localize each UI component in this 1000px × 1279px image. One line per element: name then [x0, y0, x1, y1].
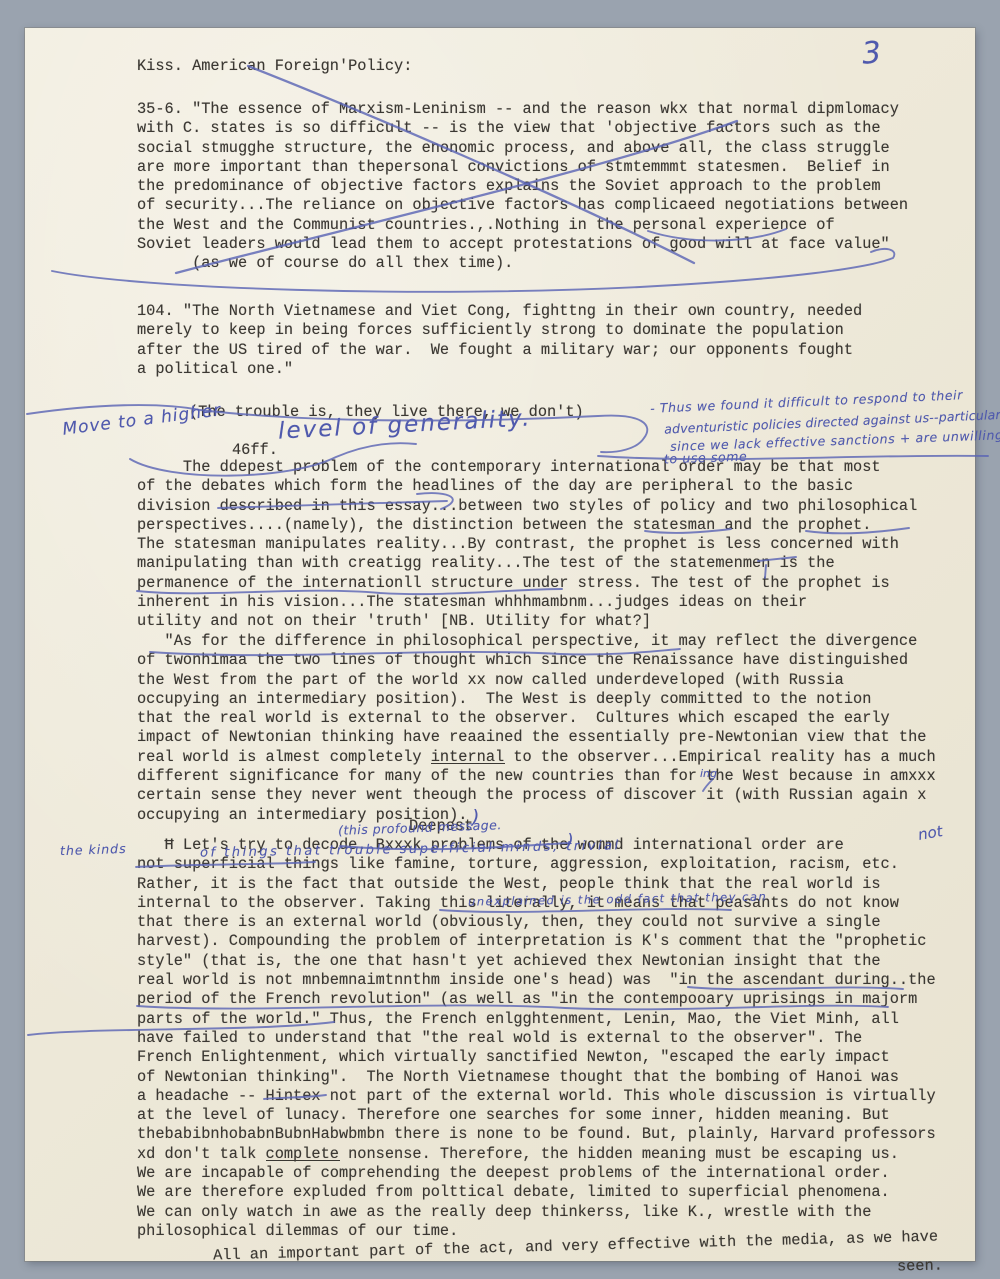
decode-bracket: ): [567, 831, 574, 851]
note-kinds-a: the kinds: [60, 841, 127, 858]
paragraph-104: 104. "The North Vietnamese and Viet Cong…: [137, 302, 862, 379]
paragraph-as-for: "As for the difference in philosophical …: [137, 632, 936, 825]
paragraph-deepest-problem: The ddepest problem of the contemporary …: [137, 458, 917, 632]
paragraph-35-6: 35-6. "The essence of Marxism-Leninism -…: [137, 100, 908, 274]
typed-underline-complete: [266, 1160, 340, 1161]
insert-ing: ing: [700, 767, 717, 780]
typed-underline-internal: [431, 763, 505, 764]
doc-title: Kiss. American Foreign'Policy:: [137, 57, 412, 76]
deepest-close-paren: ): [472, 806, 479, 828]
handwritten-page-number: 3: [861, 35, 883, 72]
closing-seen: seen.: [897, 1257, 943, 1277]
margin-note-right-line4: to use some: [664, 449, 748, 467]
